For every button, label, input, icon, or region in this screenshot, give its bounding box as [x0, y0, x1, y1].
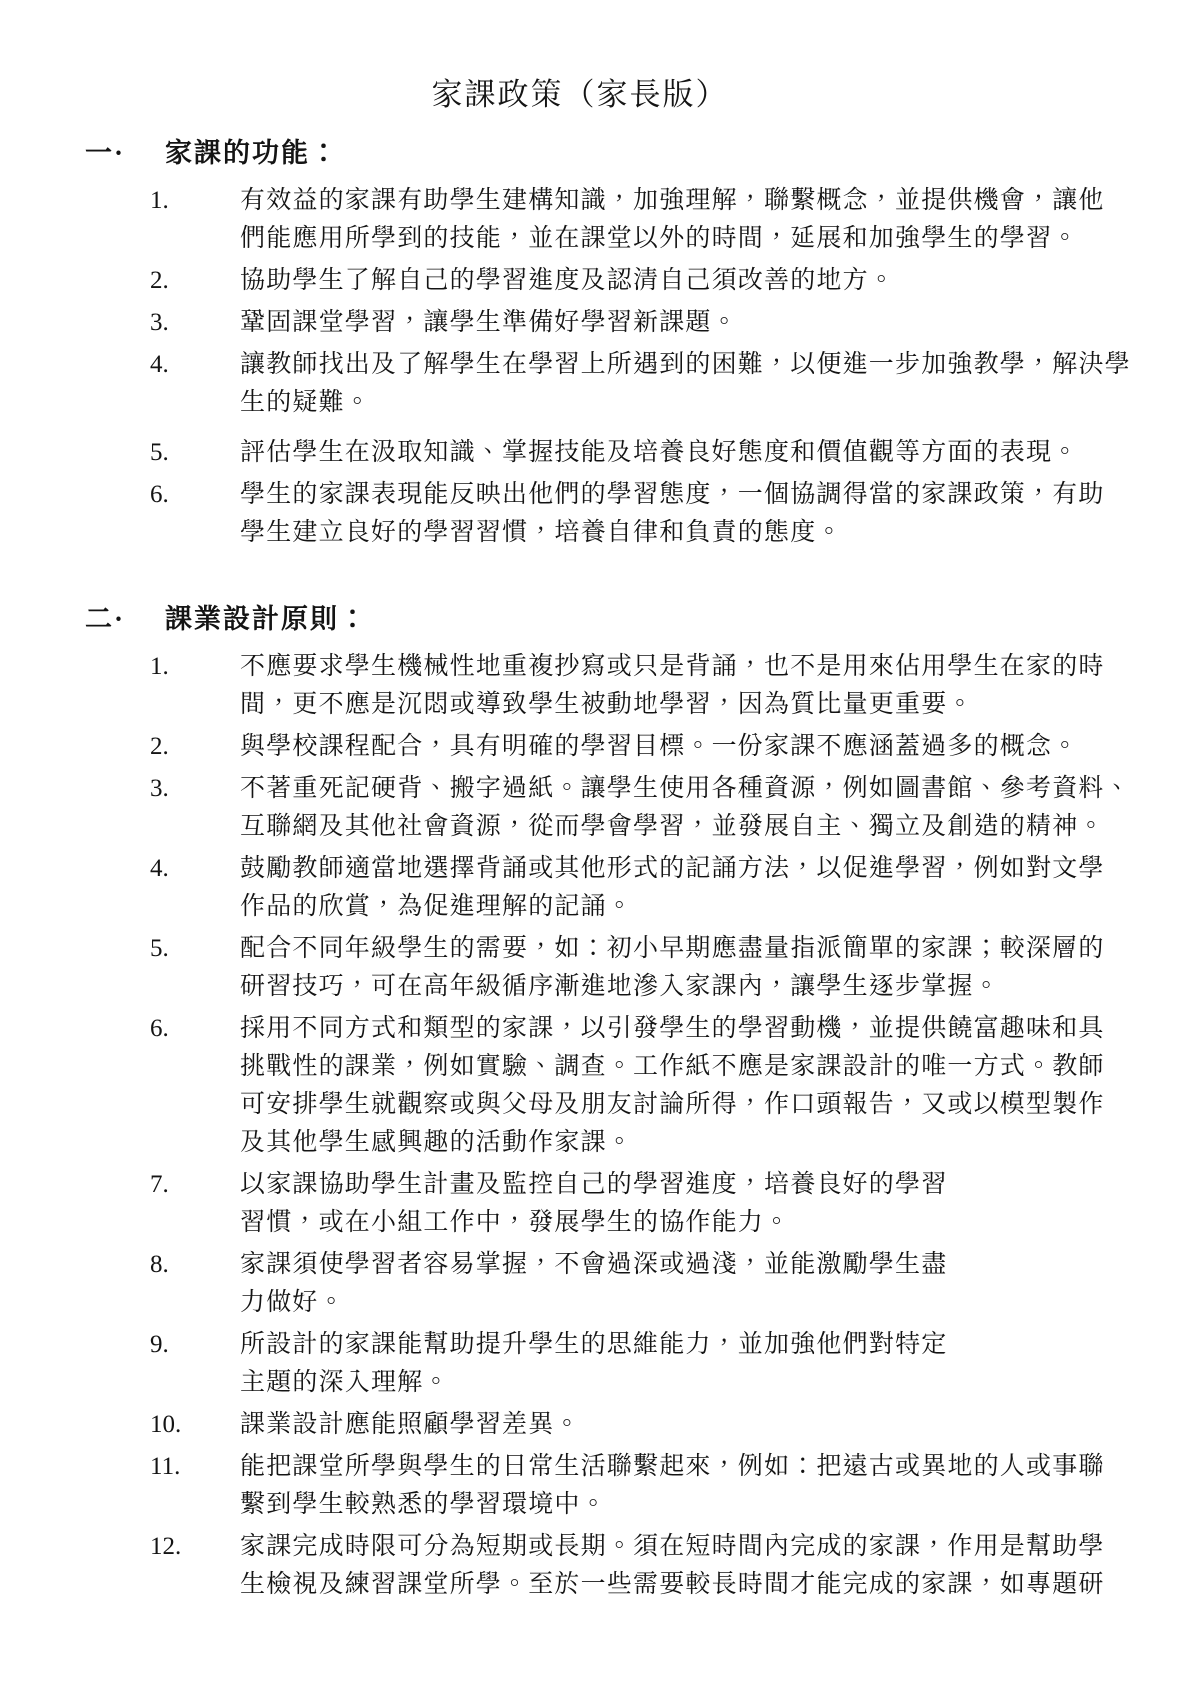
section-heading: 課業設計原則： — [165, 602, 368, 636]
list-item: 2. 與學校課程配合，具有明確的學習目標。一份家課不應涵蓋過多的概念。 — [150, 728, 1202, 766]
section-heading: 家課的功能： — [165, 136, 339, 170]
item-number: 10. — [150, 1406, 240, 1444]
item-number: 4. — [150, 346, 240, 422]
list-item: 10. 課業設計應能照顧學習差異。 — [150, 1406, 1202, 1444]
item-number: 6. — [150, 476, 240, 552]
document-body: 一· 家課的功能： 1. 有效益的家課有助學生建構知識，加強理解，聯繫概念，並提… — [0, 136, 1202, 1604]
item-text: 課業設計應能照顧學習差異。 — [240, 1406, 1158, 1444]
document-title: 家課政策（家長版） — [0, 74, 1160, 116]
item-text: 以家課協助學生計畫及監控自己的學習進度，培養良好的學習 習慣，或在小組工作中，發… — [240, 1166, 1158, 1242]
item-text: 協助學生了解自己的學習進度及認清自己須改善的地方。 — [240, 262, 1158, 300]
item-number: 3. — [150, 304, 240, 342]
list-item: 5. 評估學生在汲取知識、掌握技能及培養良好態度和價值觀等方面的表現。 — [150, 434, 1202, 472]
item-number: 11. — [150, 1448, 240, 1524]
section-marker: 二· — [85, 602, 165, 636]
item-text: 所設計的家課能幫助提升學生的思維能力，並加強他們對特定 主題的深入理解。 — [240, 1326, 1158, 1402]
item-text: 鼓勵教師適當地選擇背誦或其他形式的記誦方法，以促進學習，例如對文學 作品的欣賞，… — [240, 850, 1158, 926]
item-number: 2. — [150, 262, 240, 300]
item-list: 1. 不應要求學生機械性地重複抄寫或只是背誦，也不是用來佔用學生在家的時 間，更… — [0, 648, 1202, 1604]
item-number: 12. — [150, 1528, 240, 1604]
item-number: 1. — [150, 182, 240, 258]
list-item: 4. 鼓勵教師適當地選擇背誦或其他形式的記誦方法，以促進學習，例如對文學 作品的… — [150, 850, 1202, 926]
section-marker: 一· — [85, 136, 165, 170]
list-item: 3. 鞏固課堂學習，讓學生準備好學習新課題。 — [150, 304, 1202, 342]
item-text: 能把課堂所學與學生的日常生活聯繫起來，例如：把遠古或異地的人或事聯 繫到學生較熟… — [240, 1448, 1158, 1524]
item-text: 鞏固課堂學習，讓學生準備好學習新課題。 — [240, 304, 1158, 342]
item-number: 3. — [150, 770, 240, 846]
item-text: 有效益的家課有助學生建構知識，加強理解，聯繫概念，並提供機會，讓他 們能應用所學… — [240, 182, 1158, 258]
list-item: 2. 協助學生了解自己的學習進度及認清自己須改善的地方。 — [150, 262, 1202, 300]
section: 一· 家課的功能： 1. 有效益的家課有助學生建構知識，加強理解，聯繫概念，並提… — [0, 136, 1202, 552]
list-item: 7. 以家課協助學生計畫及監控自己的學習進度，培養良好的學習 習慣，或在小組工作… — [150, 1166, 1202, 1242]
item-text: 讓教師找出及了解學生在學習上所遇到的困難，以便進一步加強教學，解決學 生的疑難。 — [240, 346, 1158, 422]
list-item: 6. 學生的家課表現能反映出他們的學習態度，一個協調得當的家課政策，有助 學生建… — [150, 476, 1202, 552]
list-item: 8. 家課須使學習者容易掌握，不會過深或過淺，並能激勵學生盡 力做好。 — [150, 1246, 1202, 1322]
list-item: 11. 能把課堂所學與學生的日常生活聯繫起來，例如：把遠古或異地的人或事聯 繫到… — [150, 1448, 1202, 1524]
item-text: 採用不同方式和類型的家課，以引發學生的學習動機，並提供饒富趣味和具 挑戰性的課業… — [240, 1010, 1158, 1162]
list-item: 4. 讓教師找出及了解學生在學習上所遇到的困難，以便進一步加強教學，解決學 生的… — [150, 346, 1202, 422]
item-text: 不應要求學生機械性地重複抄寫或只是背誦，也不是用來佔用學生在家的時 間，更不應是… — [240, 648, 1158, 724]
item-number: 5. — [150, 434, 240, 472]
list-item: 1. 不應要求學生機械性地重複抄寫或只是背誦，也不是用來佔用學生在家的時 間，更… — [150, 648, 1202, 724]
section-header: 二· 課業設計原則： — [85, 602, 1202, 636]
list-item: 1. 有效益的家課有助學生建構知識，加強理解，聯繫概念，並提供機會，讓他 們能應… — [150, 182, 1202, 258]
document-page: 家課政策（家長版） 一· 家課的功能： 1. 有效益的家課有助學生建構知識，加強… — [0, 0, 1202, 1700]
list-item: 3. 不著重死記硬背、搬字過紙。讓學生使用各種資源，例如圖書館、參考資料、 互聯… — [150, 770, 1202, 846]
section: 二· 課業設計原則： 1. 不應要求學生機械性地重複抄寫或只是背誦，也不是用來佔… — [0, 602, 1202, 1604]
item-text: 不著重死記硬背、搬字過紙。讓學生使用各種資源，例如圖書館、參考資料、 互聯網及其… — [240, 770, 1158, 846]
item-text: 家課完成時限可分為短期或長期。須在短時間內完成的家課，作用是幫助學 生檢視及練習… — [240, 1528, 1158, 1604]
item-number: 8. — [150, 1246, 240, 1322]
item-number: 4. — [150, 850, 240, 926]
item-text: 評估學生在汲取知識、掌握技能及培養良好態度和價值觀等方面的表現。 — [240, 434, 1158, 472]
list-item: 5. 配合不同年級學生的需要，如：初小早期應盡量指派簡單的家課；較深層的 研習技… — [150, 930, 1202, 1006]
list-item: 9. 所設計的家課能幫助提升學生的思維能力，並加強他們對特定 主題的深入理解。 — [150, 1326, 1202, 1402]
item-number: 9. — [150, 1326, 240, 1402]
item-number: 7. — [150, 1166, 240, 1242]
item-text: 學生的家課表現能反映出他們的學習態度，一個協調得當的家課政策，有助 學生建立良好… — [240, 476, 1158, 552]
item-text: 家課須使學習者容易掌握，不會過深或過淺，並能激勵學生盡 力做好。 — [240, 1246, 1158, 1322]
item-text: 與學校課程配合，具有明確的學習目標。一份家課不應涵蓋過多的概念。 — [240, 728, 1158, 766]
item-text: 配合不同年級學生的需要，如：初小早期應盡量指派簡單的家課；較深層的 研習技巧，可… — [240, 930, 1158, 1006]
item-number: 5. — [150, 930, 240, 1006]
item-number: 1. — [150, 648, 240, 724]
list-item: 6. 採用不同方式和類型的家課，以引發學生的學習動機，並提供饒富趣味和具 挑戰性… — [150, 1010, 1202, 1162]
section-header: 一· 家課的功能： — [85, 136, 1202, 170]
list-item: 12. 家課完成時限可分為短期或長期。須在短時間內完成的家課，作用是幫助學 生檢… — [150, 1528, 1202, 1604]
item-list: 1. 有效益的家課有助學生建構知識，加強理解，聯繫概念，並提供機會，讓他 們能應… — [0, 182, 1202, 552]
item-number: 6. — [150, 1010, 240, 1162]
item-number: 2. — [150, 728, 240, 766]
